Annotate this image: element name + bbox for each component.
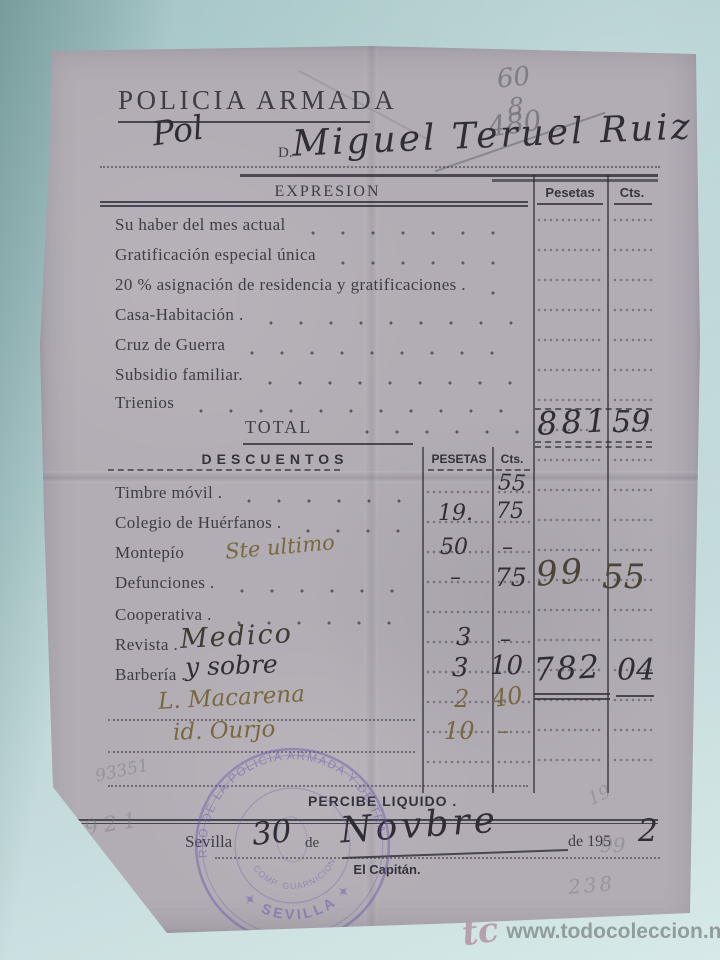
earnings-row: Trienios <box>115 393 528 419</box>
earnings-row-label: Trienios <box>115 393 174 419</box>
outer-pesetas-column-line <box>533 175 535 793</box>
handwritten-note-barberia: y sobre <box>185 649 279 681</box>
earnings-row: Cruz de Guerra <box>115 335 528 361</box>
deduction-row: Defunciones . <box>115 573 415 599</box>
value-ourjo-pesetas: 10 <box>444 717 475 745</box>
net-barberia-pesetas: 782 <box>533 647 602 688</box>
deduction-row: Colegio de Huérfanos . <box>115 513 415 539</box>
header-rule <box>240 174 658 177</box>
value-revista-pesetas: 3 <box>456 623 471 651</box>
net-barberia-underline-1 <box>534 693 610 695</box>
official-stamp: CUERPO DE LA POLICIA ARMADA Y DE TRAFICO… <box>180 733 405 958</box>
corner-fold-crease <box>51 787 167 935</box>
todocoleccion-logo-icon: tc <box>459 910 501 955</box>
leader-dots <box>328 260 520 266</box>
value-montepio-cts: – <box>502 535 513 560</box>
outer-cts-column-line <box>607 175 609 793</box>
value-barberia-pesetas: 3 <box>452 653 469 683</box>
document-title: POLICIA ARMADA <box>118 85 397 116</box>
expression-underline-1 <box>100 201 528 203</box>
pencil-scribble: 99 <box>600 833 625 857</box>
deduction-row: Timbre móvil . <box>115 483 415 509</box>
total-bottom-dash-1 <box>535 441 652 443</box>
stamp-emblem <box>274 815 309 863</box>
handwritten-year-digit: 2 <box>638 813 658 849</box>
value-defunciones-pesetas: – <box>450 565 461 590</box>
earnings-row-label: 20 % asignación de residencia y gratific… <box>115 275 466 301</box>
deductions-title: DESCUENTOS <box>200 451 350 467</box>
document-paper: 60 8 480 POLICIA ARMADA Pol D. Miguel Te… <box>40 45 700 933</box>
leader-dots <box>256 320 520 326</box>
leader-dots <box>352 429 537 435</box>
pencil-scribble: 19 <box>585 781 615 810</box>
value-timbre-cts: 55 <box>497 470 526 496</box>
earnings-row-label: Subsidio familiar. <box>115 365 243 391</box>
net-defunciones-pesetas: 99 <box>535 551 587 594</box>
leader-dots <box>227 588 407 594</box>
earnings-row: Casa-Habitación . <box>115 305 528 331</box>
deductions-cts-line <box>492 447 494 793</box>
outer-pesetas-leaders <box>536 213 602 788</box>
leader-dots <box>298 230 520 236</box>
earnings-row: Su haber del mes actual <box>115 215 528 241</box>
earnings-row-label: Su haber del mes actual <box>115 215 286 241</box>
leader-dots <box>237 350 520 356</box>
deduction-row-label: Timbre móvil . <box>115 483 222 509</box>
earnings-column-cts: Cts. <box>610 185 654 200</box>
deduction-row-label: Defunciones . <box>115 573 215 599</box>
deductions-title-underline <box>108 469 340 471</box>
pencil-scribble: 93351 <box>94 756 151 787</box>
horizontal-fold-crease <box>40 471 700 483</box>
pesetas-underline <box>537 203 603 205</box>
watermark: tc www.todocoleccion.net <box>462 912 720 952</box>
leader-dots <box>234 498 407 504</box>
net-barberia-cts: 04 <box>617 653 655 688</box>
earnings-row: Subsidio familiar. <box>115 365 528 391</box>
name-prefix-label: D. <box>278 145 293 162</box>
photo-background: 60 8 480 POLICIA ARMADA Pol D. Miguel Te… <box>0 0 720 960</box>
earnings-row: Gratificación especial única <box>115 245 528 271</box>
handwritten-total-cts: 59 <box>612 405 650 440</box>
total-underline <box>243 443 413 445</box>
stamp-arc-top-text: CUERPO DE LA POLICIA ARMADA Y DE TRAFICO <box>180 733 389 860</box>
net-barberia-cts-underline <box>616 695 654 697</box>
value-colegio-cts: 75 <box>496 499 524 524</box>
value-defunciones-cts: 75 <box>495 563 527 592</box>
earnings-row-label: Casa-Habitación . <box>115 305 244 331</box>
outer-cts-leaders <box>612 213 652 788</box>
leader-dots <box>186 408 520 414</box>
value-revista-cts: – <box>500 627 511 652</box>
earnings-row-label: Cruz de Guerra <box>115 335 225 361</box>
deductions-pesetas-underline <box>428 469 492 471</box>
value-macarena-pesetas: 2 <box>454 685 469 713</box>
note-row-dotted-line <box>108 719 415 721</box>
deductions-column-pesetas: PESETAS <box>428 452 490 466</box>
value-barberia-cts: 10 <box>490 651 523 681</box>
pencil-scribble: 3921 <box>64 807 144 843</box>
value-ourjo-cts: – <box>498 719 509 744</box>
watermark-url-text: www.todocoleccion.net <box>506 920 720 944</box>
earnings-row-label: Gratificación especial única <box>115 245 316 271</box>
deductions-column-cts: Cts. <box>495 452 529 466</box>
value-macarena-cts: 40 <box>490 681 524 713</box>
expression-underline-2 <box>100 205 528 207</box>
net-defunciones-cts: 55 <box>602 557 645 597</box>
cts-underline <box>614 203 652 205</box>
earnings-column-pesetas: Pesetas <box>535 185 605 200</box>
net-barberia-underline-2 <box>534 698 610 700</box>
pencil-numerator: 60 <box>496 61 532 94</box>
deductions-pesetas-line <box>422 447 424 793</box>
earnings-column-expression: EXPRESION <box>245 183 410 201</box>
name-dotted-line <box>100 166 660 168</box>
leader-dots <box>255 380 520 386</box>
header-rule-2 <box>492 179 658 182</box>
earnings-row: 20 % asignación de residencia y gratific… <box>115 275 528 301</box>
total-bottom-dash-2 <box>535 446 652 448</box>
total-label: TOTAL <box>245 417 312 438</box>
svg-text:CUERPO DE LA POLICIA ARMADA Y: CUERPO DE LA POLICIA ARMADA Y DE TRAFICO <box>180 733 389 860</box>
pencil-scribble: 238 <box>567 871 616 899</box>
deduction-row-label: Revista . <box>115 635 178 661</box>
handwritten-corps: Pol <box>150 108 206 154</box>
handwritten-total-pesetas: 881 <box>536 401 611 443</box>
leader-dots <box>478 290 520 296</box>
value-colegio-pesetas: 19. <box>438 501 473 526</box>
deduction-row-label: Montepío <box>115 543 184 569</box>
deduction-row-label: Colegio de Huérfanos . <box>115 513 281 539</box>
value-montepio-pesetas: 50 <box>440 535 468 560</box>
